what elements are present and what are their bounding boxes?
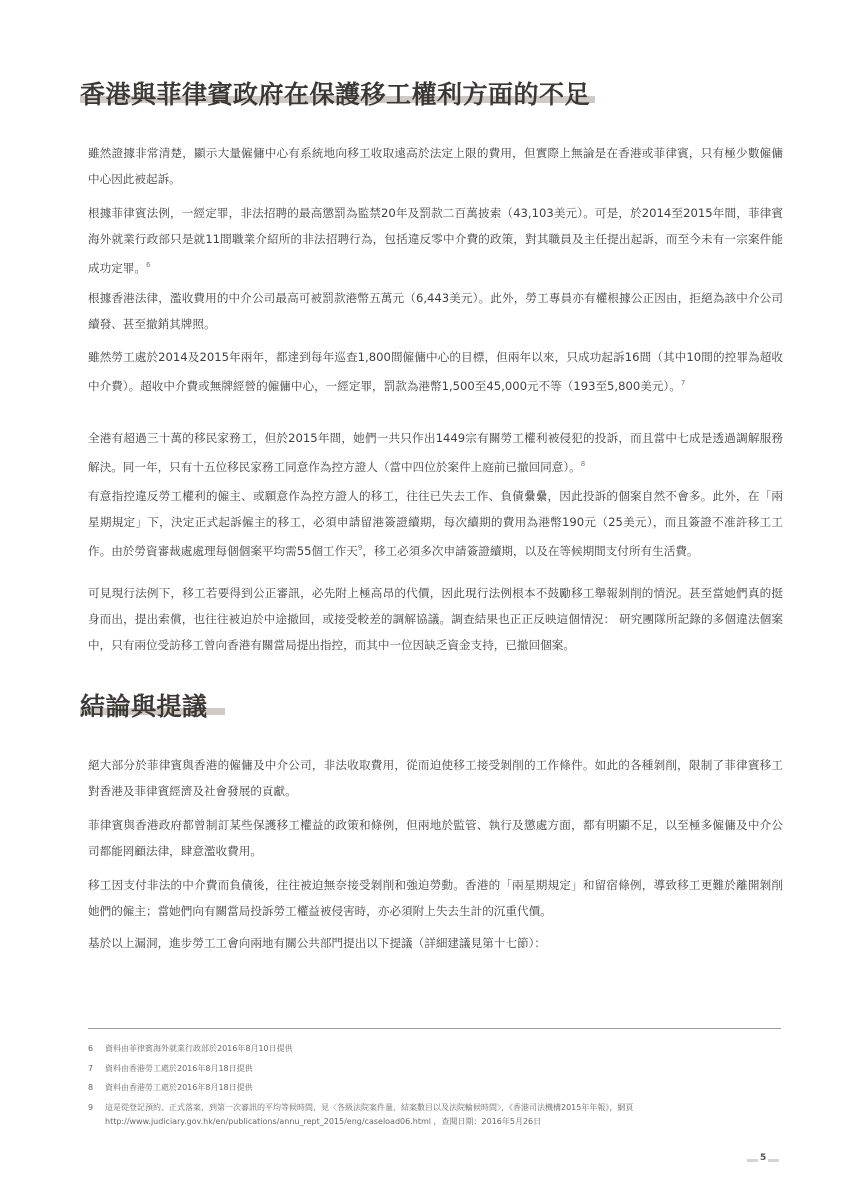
paragraph: 絕大部分於菲律賓與香港的僱傭及中介公司，非法收取費用，從而迫使移工接受剝削的工作… <box>88 752 783 804</box>
footnote-number: 8 <box>88 1081 105 1095</box>
page-number-bar-right <box>768 1159 779 1162</box>
paragraph: 菲律賓與香港政府都曾制訂某些保護移工權益的政策和條例，但兩地於監管、執行及懲處方… <box>88 812 783 864</box>
paragraph: 全港有超過三十萬的移民家務工，但於2015年間，她們一共只作出1449宗有關勞工… <box>88 425 783 480</box>
footnote-number: 7 <box>88 1062 105 1076</box>
paragraph-text: 基於以上漏洞，進步勞工工會向兩地有關公共部門提出以下提議（詳細建議見第十七節）： <box>88 936 546 950</box>
section-title-conclusions: 結論與提議 <box>80 694 208 719</box>
footnote-text: 資料由香港勞工處於2016年8月18日提供 <box>105 1062 775 1076</box>
paragraph-text: 移工因支付非法的中介費而負債後，往往被迫無奈接受剝削和強迫勞動。香港的「兩星期規… <box>88 878 783 918</box>
footnote-divider <box>88 1028 781 1029</box>
paragraph-text: 根據香港法律，濫收費用的中介公司最高可被罰款港幣五萬元（6,443美元）。此外，… <box>88 291 783 331</box>
paragraph-text: 菲律賓與香港政府都曾制訂某些保護移工權益的政策和條例，但兩地於監管、執行及懲處方… <box>88 818 783 858</box>
paragraph-text: 絕大部分於菲律賓與香港的僱傭及中介公司，非法收取費用，從而迫使移工接受剝削的工作… <box>88 758 783 798</box>
footnote: 9這是從登記預約、正式落案，到第一次審訊的平均等候時間，見〈各級法院案件量、結案… <box>88 1101 783 1129</box>
footnote-text: 這是從登記預約、正式落案，到第一次審訊的平均等候時間，見〈各級法院案件量、結案數… <box>105 1101 775 1129</box>
paragraph-text: 雖然證據非常清楚，顯示大量僱傭中心有系統地向移工收取遠高於法定上限的費用，但實際… <box>88 146 783 186</box>
paragraph-text: 可見現行法例下，移工若要得到公正審訊，必先附上極高昂的代價，因此現行法例根本不鼓… <box>88 586 783 652</box>
paragraph: 雖然證據非常清楚，顯示大量僱傭中心有系統地向移工收取遠高於法定上限的費用，但實際… <box>88 140 783 192</box>
paragraph: 雖然勞工處於2014及2015年兩年，都達到每年巡查1,800間僱傭中心的目標，… <box>88 344 783 399</box>
paragraph-text: 根據菲律賓法例，一經定罪，非法招聘的最高懲罰為監禁20年及罰款二百萬披索（43,… <box>88 206 783 275</box>
footnote-ref[interactable]: 6 <box>146 261 150 269</box>
paragraph: 有意指控違反勞工權利的僱主、或願意作為控方證人的移工，往往已失去工作、負債纍纍，… <box>88 483 783 564</box>
footnote-number: 6 <box>88 1042 105 1056</box>
footnote: 8資料由香港勞工處於2016年8月18日提供 <box>88 1081 783 1095</box>
section-title-shortcomings: 香港與菲律賓政府在保護移工權利方面的不足 <box>80 82 590 107</box>
footnote-ref[interactable]: 8 <box>581 460 585 468</box>
footnote-number: 9 <box>88 1101 105 1115</box>
paragraph: 可見現行法例下，移工若要得到公正審訊，必先附上極高昂的代價，因此現行法例根本不鼓… <box>88 580 783 658</box>
paragraph: 根據香港法律，濫收費用的中介公司最高可被罰款港幣五萬元（6,443美元）。此外，… <box>88 285 783 337</box>
paragraph: 移工因支付非法的中介費而負債後，往往被迫無奈接受剝削和強迫勞動。香港的「兩星期規… <box>88 872 783 924</box>
footnote: 6資料由菲律賓海外就業行政部於2016年8月10日提供 <box>88 1042 783 1056</box>
paragraph-text: 雖然勞工處於2014及2015年兩年，都達到每年巡查1,800間僱傭中心的目標，… <box>88 350 783 393</box>
paragraph: 根據菲律賓法例，一經定罪，非法招聘的最高懲罰為監禁20年及罰款二百萬披索（43,… <box>88 200 783 281</box>
page-number-bar-left <box>747 1159 758 1162</box>
page-number: 5 <box>760 1153 766 1163</box>
footnote-ref[interactable]: 7 <box>681 379 685 387</box>
footnote: 7資料由香港勞工處於2016年8月18日提供 <box>88 1062 783 1076</box>
paragraph: 基於以上漏洞，進步勞工工會向兩地有關公共部門提出以下提議（詳細建議見第十七節）： <box>88 930 783 956</box>
footnote-text: 資料由香港勞工處於2016年8月18日提供 <box>105 1081 775 1095</box>
paragraph-text: 全港有超過三十萬的移民家務工，但於2015年間，她們一共只作出1449宗有關勞工… <box>88 431 783 474</box>
paragraph-text: ，移工必須多次申請簽證續期，以及在等候期間支付所有生活費。 <box>362 544 698 558</box>
footnote-text: 資料由菲律賓海外就業行政部於2016年8月10日提供 <box>105 1042 775 1056</box>
